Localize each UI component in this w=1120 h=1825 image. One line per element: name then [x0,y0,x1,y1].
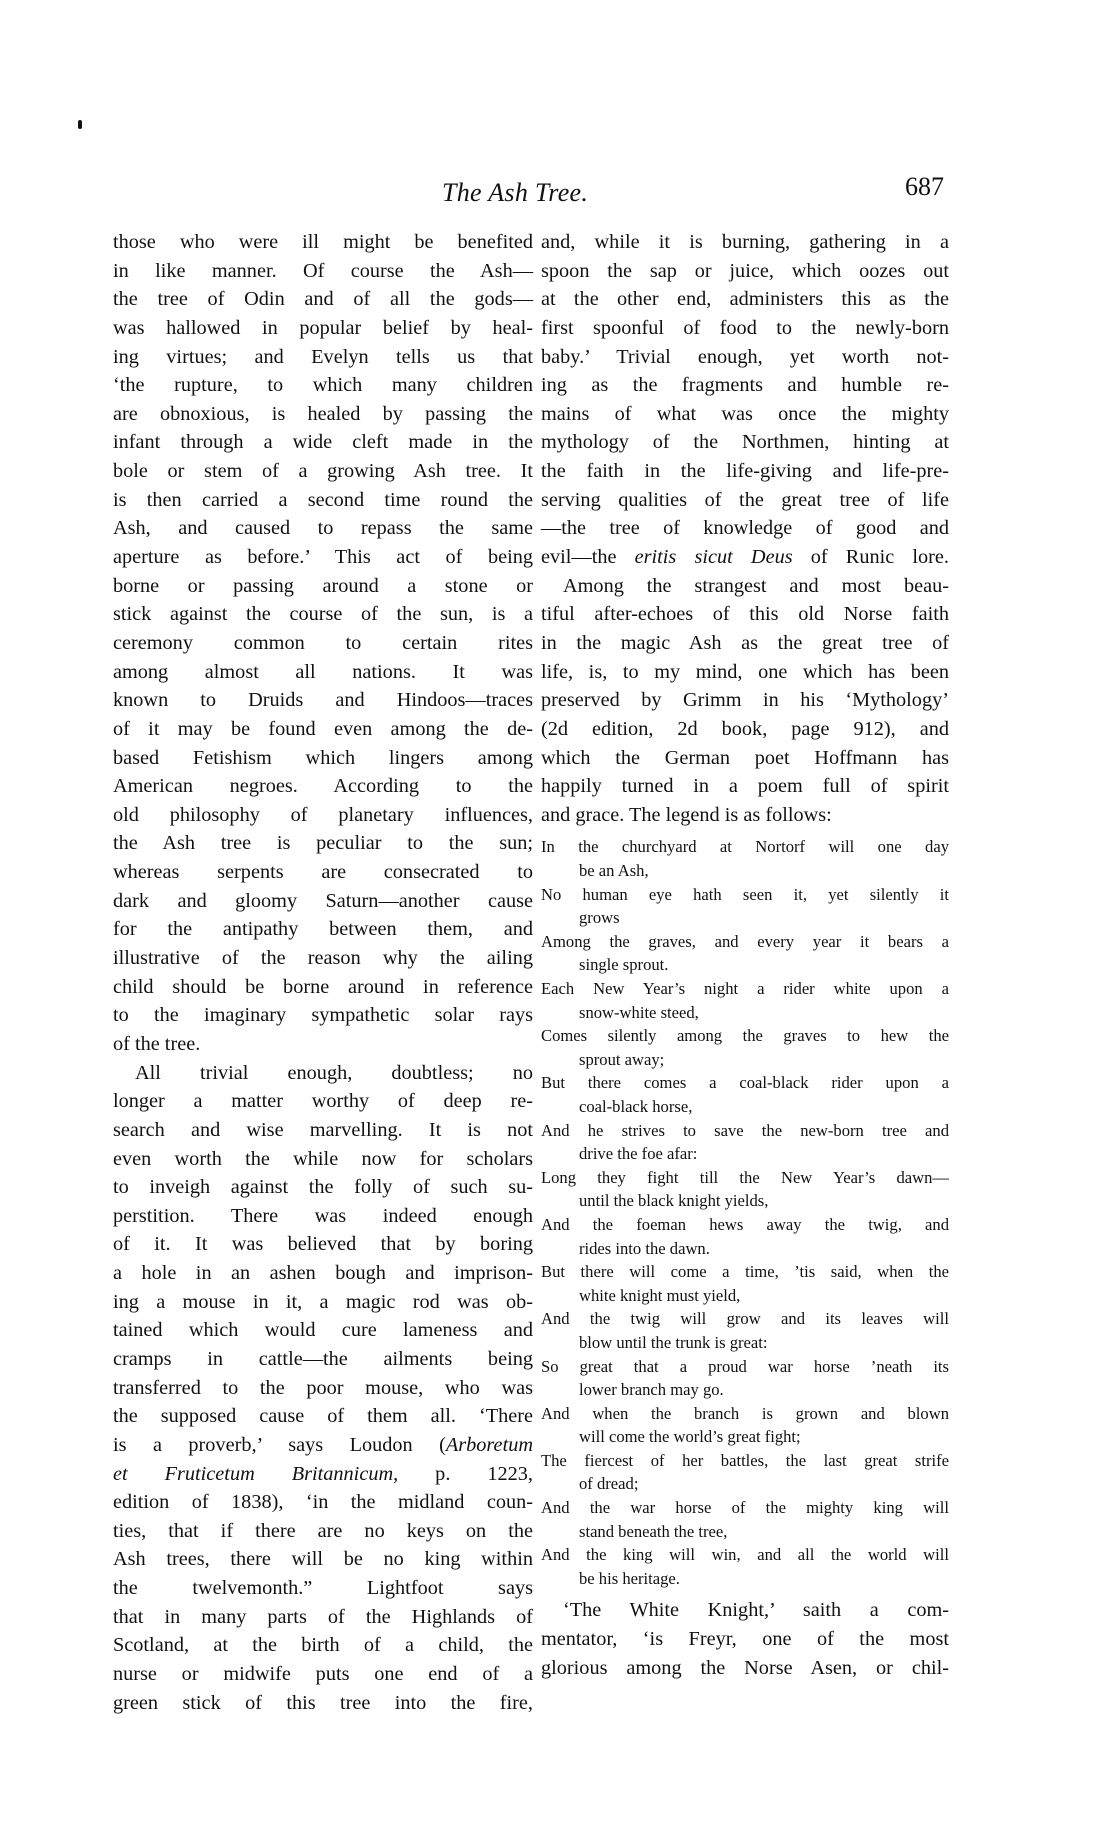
running-title: The Ash Tree. [442,178,588,208]
text-line: the twelvemonth.” Lightfoot says [113,1574,533,1603]
text-line: the Ash tree is peculiar to the sun; [113,829,533,858]
text-line: in like manner. Of course the Ash— [113,257,533,286]
poem-line: And the twig will grow and its leaves wi… [541,1307,949,1331]
poem-line-continuation: until the black knight yields, [541,1189,949,1213]
poem-line-continuation: of dread; [541,1472,949,1496]
text-line: ing virtues; and Evelyn tells us that [113,343,533,372]
text-line: illustrative of the reason why the ailin… [113,944,533,973]
poem-line: Each New Year’s night a rider white upon… [541,977,949,1001]
text-line: which the German poet Hoffmann has [541,744,949,773]
text-line: infant through a wide cleft made in the [113,428,533,457]
text-line: to inveigh against the folly of such su- [113,1173,533,1202]
poem-line-continuation: white knight must yield, [541,1284,949,1308]
text-line: are obnoxious, is healed by passing the [113,400,533,429]
poem-line: In the churchyard at Nortorf will one da… [541,835,949,859]
text-line: of it. It was believed that by boring [113,1230,533,1259]
text-line: and, while it is burning, gathering in a [541,228,949,257]
text-line: serving qualities of the great tree of l… [541,486,949,515]
text-line: happily turned in a poem full of spirit [541,772,949,801]
text-line: spoon the sap or juice, which oozes out [541,257,949,286]
text-line: among almost all nations. It was [113,658,533,687]
text-line: ceremony common to certain rites [113,629,533,658]
poem-line-continuation: blow until the trunk is great: [541,1331,949,1355]
text-line: et Fruticetum Britannicum, p. 1223, [113,1460,533,1489]
text-line: the supposed cause of them all. ‘There [113,1402,533,1431]
text-line: green stick of this tree into the fire, [113,1689,533,1718]
text-line: Ash trees, there will be no king within [113,1545,533,1574]
paragraph: ‘The White Knight,’ saith a com-mentator… [541,1596,949,1682]
text-line: ing as the fragments and humble re- [541,371,949,400]
italic-title: et Fruticetum Britannicum [113,1463,393,1485]
poem-line: But there will come a time, ’tis said, w… [541,1260,949,1284]
poem-line: So great that a proud war horse ’neath i… [541,1355,949,1379]
poem-line-continuation: snow-white steed, [541,1001,949,1025]
right-column: and, while it is burning, gathering in a… [541,228,949,1682]
text-line: was hallowed in popular belief by heal- [113,314,533,343]
poem-line-continuation: lower branch may go. [541,1378,949,1402]
text-line: the faith in the life-giving and life-pr… [541,457,949,486]
text-line: first spoonful of food to the newly-born [541,314,949,343]
text-line: evil—the eritis sicut Deus of Runic lore… [541,543,949,572]
text-run: of Runic lore. [793,546,949,568]
text-line: the tree of Odin and of all the gods— [113,285,533,314]
text-line: (2d edition, 2d book, page 912), and [541,715,949,744]
text-line: edition of 1838), ‘in the midland coun- [113,1488,533,1517]
text-line: is a proverb,’ says Loudon (Arboretum [113,1431,533,1460]
text-line: aperture as before.’ This act of being [113,543,533,572]
text-line: in the magic Ash as the great tree of [541,629,949,658]
text-line: cramps in cattle—the ailments being [113,1345,533,1374]
text-line: baby.’ Trivial enough, yet worth not- [541,343,949,372]
poem-line: But there comes a coal-black rider upon … [541,1071,949,1095]
text-line: mentator, ‘is Freyr, one of the most [541,1625,949,1654]
text-line: tained which would cure lameness and [113,1316,533,1345]
text-line: glorious among the Norse Asen, or chil- [541,1654,949,1683]
poem-line-continuation: will come the world’s great fight; [541,1425,949,1449]
text-line: and grace. The legend is as follows: [541,801,949,830]
poem-line: And the king will win, and all the world… [541,1543,949,1567]
text-line: All trivial enough, doubtless; no [113,1059,533,1088]
text-line: for the antipathy between them, and [113,915,533,944]
text-line: a hole in an ashen bough and imprison- [113,1259,533,1288]
text-line: dark and gloomy Saturn—another cause [113,887,533,916]
poem-line-continuation: rides into the dawn. [541,1237,949,1261]
poem-block: In the churchyard at Nortorf will one da… [541,835,949,1590]
text-line: bole or stem of a growing Ash tree. It [113,457,533,486]
text-line: of it may be found even among the de- [113,715,533,744]
text-run: evil—the [541,546,635,568]
poem-line: And when the branch is grown and blown [541,1402,949,1426]
italic-phrase: eritis sicut Deus [635,546,793,568]
text-line: life, is, to my mind, one which has been [541,658,949,687]
poem-line: And the war horse of the mighty king wil… [541,1496,949,1520]
text-line: borne or passing around a stone or [113,572,533,601]
text-line: of the tree. [113,1030,533,1059]
poem-line-continuation: be an Ash, [541,859,949,883]
text-line: mythology of the Northmen, hinting at [541,428,949,457]
poem-line: And the foeman hews away the twig, and [541,1213,949,1237]
text-line: at the other end, administers this as th… [541,285,949,314]
poem-line: Long they fight till the New Year’s dawn… [541,1166,949,1190]
poem-line: Comes silently among the graves to hew t… [541,1024,949,1048]
text-line: old philosophy of planetary influences, [113,801,533,830]
text-line: search and wise marvelling. It is not [113,1116,533,1145]
text-line: nurse or midwife puts one end of a [113,1660,533,1689]
text-line: ties, that if there are no keys on the [113,1517,533,1546]
text-line: child should be borne around in referenc… [113,973,533,1002]
text-line: Among the strangest and most beau- [541,572,949,601]
poem-line-continuation: grows [541,906,949,930]
text-line: is then carried a second time round the [113,486,533,515]
text-line: that in many parts of the Highlands of [113,1603,533,1632]
scan-ink-mark [78,120,82,129]
poem-line-continuation: coal-black horse, [541,1095,949,1119]
text-line: longer a matter worthy of deep re- [113,1087,533,1116]
text-line: those who were ill might be benefited [113,228,533,257]
text-line: known to Druids and Hindoos—traces [113,686,533,715]
text-run: is a proverb,’ says Loudon ( [113,1434,446,1456]
text-line: Scotland, at the birth of a child, the [113,1631,533,1660]
text-line: Ash, and caused to repass the same [113,514,533,543]
text-line: ‘The White Knight,’ saith a com- [541,1596,949,1625]
text-line: stick against the course of the sun, is … [113,600,533,629]
italic-title: Arboretum [446,1434,533,1456]
text-line: mains of what was once the mighty [541,400,949,429]
poem-line-continuation: single sprout. [541,953,949,977]
text-line: transferred to the poor mouse, who was [113,1374,533,1403]
text-line: —the tree of knowledge of good and [541,514,949,543]
page-number: 687 [905,172,944,202]
poem-line-continuation: sprout away; [541,1048,949,1072]
text-line: based Fetishism which lingers among [113,744,533,773]
text-line: ing a mouse in it, a magic rod was ob- [113,1288,533,1317]
text-line: whereas serpents are consecrated to [113,858,533,887]
text-line: perstition. There was indeed enough [113,1202,533,1231]
poem-line: Among the graves, and every year it bear… [541,930,949,954]
text-line: ‘the rupture, to which many children [113,371,533,400]
left-column: those who were ill might be benefitedin … [113,228,533,1717]
poem-line: The fiercest of her battles, the last gr… [541,1449,949,1473]
text-line: tiful after-echoes of this old Norse fai… [541,600,949,629]
text-line: preserved by Grimm in his ‘Mythology’ [541,686,949,715]
text-run: , p. 1223, [393,1463,533,1485]
text-line: to the imaginary sympathetic solar rays [113,1001,533,1030]
text-line: American negroes. According to the [113,772,533,801]
text-line: even worth the while now for scholars [113,1145,533,1174]
poem-line-continuation: stand beneath the tree, [541,1520,949,1544]
poem-line: And he strives to save the new-born tree… [541,1119,949,1143]
poem-line-continuation: be his heritage. [541,1567,949,1591]
poem-line-continuation: drive the foe afar: [541,1142,949,1166]
poem-line: No human eye hath seen it, yet silently … [541,883,949,907]
